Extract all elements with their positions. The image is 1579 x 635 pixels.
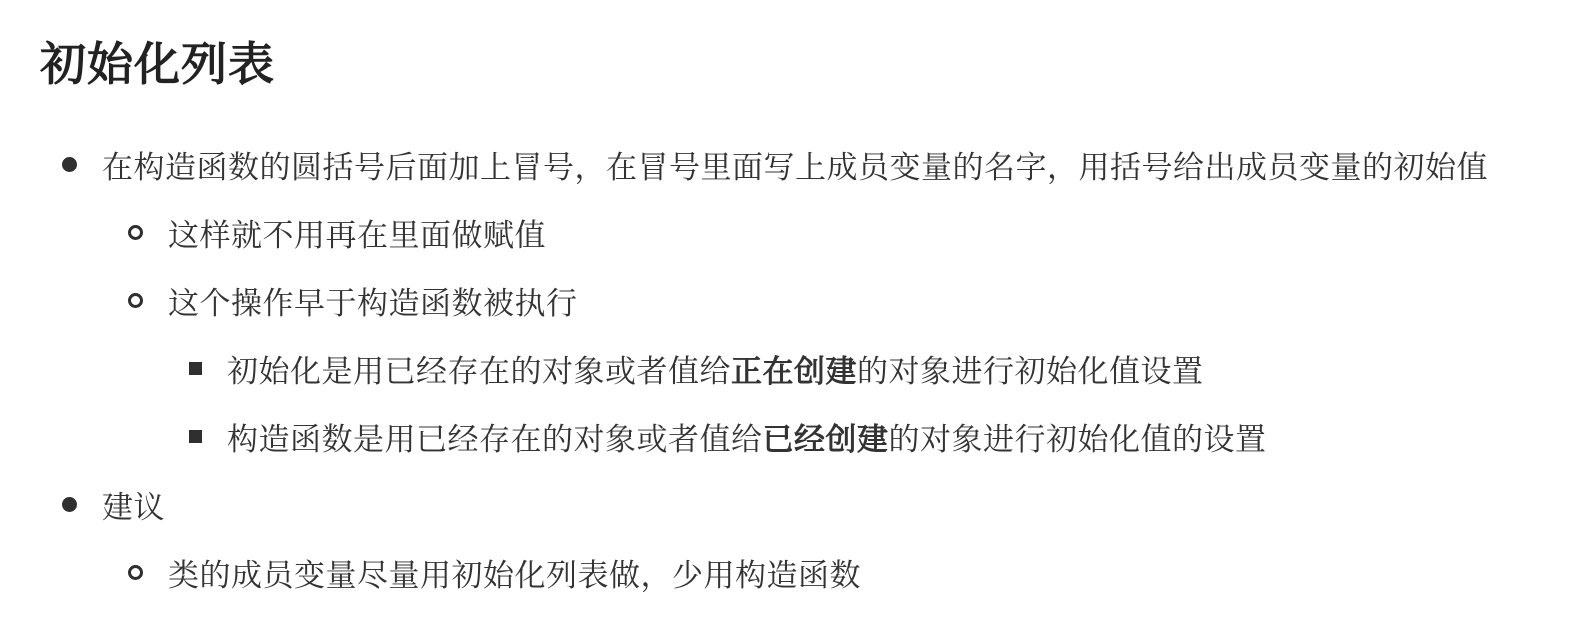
list-item-text: 这样就不用再在里面做赋值 [168, 210, 546, 255]
bullet-disc-icon [62, 157, 77, 172]
bullet-circle-icon [128, 225, 143, 240]
list-item-text: 初始化是用已经存在的对象或者值给正在创建的对象进行初始化值设置 [227, 346, 1204, 391]
bullet-circle-icon [128, 293, 143, 308]
bullet-circle-icon [128, 565, 143, 580]
bullet-square-icon [189, 362, 202, 375]
bullet-disc-icon [62, 497, 77, 512]
bullet-square-icon [189, 430, 202, 443]
list-item-text-bold: 已经创建 [763, 422, 889, 457]
list-item: 在构造函数的圆括号后面加上冒号，在冒号里面写上成员变量的名字，用括号给出成员变量… [0, 130, 1579, 198]
list-item-text: 在构造函数的圆括号后面加上冒号，在冒号里面写上成员变量的名字，用括号给出成员变量… [102, 142, 1488, 187]
page-title: 初始化列表 [40, 36, 1579, 92]
list-item-text: 建议 [102, 482, 165, 527]
list-item-text-suffix: 的对象进行初始化值的设置 [889, 422, 1267, 457]
list-item: 建议 [0, 470, 1579, 538]
list-item-text-prefix: 构造函数是用已经存在的对象或者值给 [227, 422, 763, 457]
list-item-text-bold: 正在创建 [731, 354, 857, 389]
list-item: 这个操作早于构造函数被执行 [0, 266, 1579, 334]
list-item-text: 这个操作早于构造函数被执行 [168, 278, 578, 323]
list-item: 类的成员变量尽量用初始化列表做，少用构造函数 [0, 538, 1579, 606]
list-item: 这样就不用再在里面做赋值 [0, 198, 1579, 266]
list-item-text-suffix: 的对象进行初始化值设置 [857, 354, 1204, 389]
list-item: 构造函数是用已经存在的对象或者值给已经创建的对象进行初始化值的设置 [0, 402, 1579, 470]
list-item: 初始化是用已经存在的对象或者值给正在创建的对象进行初始化值设置 [0, 334, 1579, 402]
bullet-outline: 在构造函数的圆括号后面加上冒号，在冒号里面写上成员变量的名字，用括号给出成员变量… [0, 130, 1579, 606]
document-page: 初始化列表 在构造函数的圆括号后面加上冒号，在冒号里面写上成员变量的名字，用括号… [0, 0, 1579, 635]
list-item-text: 类的成员变量尽量用初始化列表做，少用构造函数 [168, 550, 861, 595]
list-item-text-prefix: 初始化是用已经存在的对象或者值给 [227, 354, 731, 389]
list-item-text: 构造函数是用已经存在的对象或者值给已经创建的对象进行初始化值的设置 [227, 414, 1267, 459]
